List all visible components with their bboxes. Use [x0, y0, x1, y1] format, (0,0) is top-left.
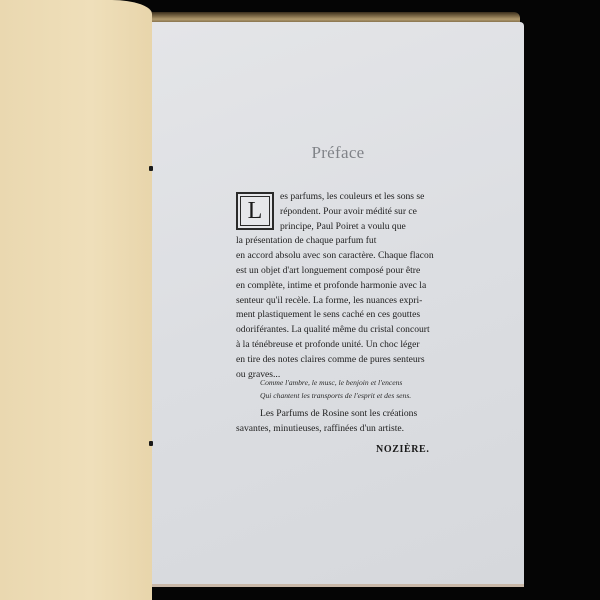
body-line: en complète, intime et profonde harmonie…	[236, 279, 442, 294]
body-line: à la ténébreuse et profonde unité. Un ch…	[236, 338, 442, 353]
verse-line: Comme l'ambre, le musc, le benjoin et l'…	[260, 377, 470, 390]
body-line: odoriférantes. La qualité même du crista…	[236, 323, 442, 338]
verse-line: Qui chantent les transports de l'esprit …	[260, 390, 470, 403]
body-line: la présentation de chaque parfum fut	[236, 234, 442, 249]
binding-hole-top	[149, 166, 153, 171]
author-signature: NOZIÈRE.	[376, 444, 429, 455]
preface-body: L es parfums, les couleurs et les sons s…	[236, 190, 442, 382]
closing-line: savantes, minutieuses, raffinées d'un ar…	[236, 423, 404, 434]
closing-paragraph: Les Parfums de Rosine sont les créations…	[236, 407, 442, 436]
page-bottom-edge	[152, 584, 524, 587]
verse-quote: Comme l'ambre, le musc, le benjoin et l'…	[260, 377, 470, 402]
body-line: ment plastiquement le sens caché en ces …	[236, 308, 442, 323]
closing-line: Les Parfums de Rosine sont les créations	[236, 407, 442, 422]
body-line: en tire des notes claires comme de pures…	[236, 353, 442, 368]
body-line: en accord absolu avec son caractère. Cha…	[236, 249, 442, 264]
body-line: senteur qu'il recèle. La forme, les nuan…	[236, 294, 442, 309]
body-line: est un objet d'art longuement composé po…	[236, 264, 442, 279]
ornamental-drop-cap: L	[236, 192, 274, 230]
page-title: Préface	[152, 143, 524, 163]
binding-hole-bottom	[149, 441, 153, 446]
left-page-cover	[0, 0, 152, 600]
